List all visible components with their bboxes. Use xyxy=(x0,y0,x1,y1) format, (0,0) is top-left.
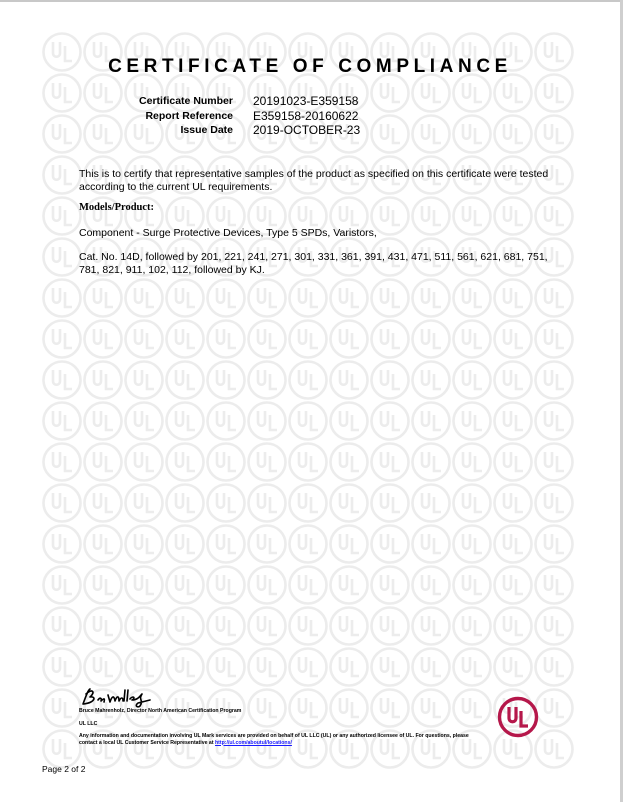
signer-name: Bruce Mahrenholz, Director North America… xyxy=(79,708,241,715)
disclaimer: Any information and documentation involv… xyxy=(79,733,479,746)
meta-row-certificate-number: Certificate Number 20191023-E359158 xyxy=(100,94,360,109)
company-name: UL LLC xyxy=(79,721,97,728)
certificate-title: CERTIFICATE OF COMPLIANCE xyxy=(0,56,620,78)
page-number: Page 2 of 2 xyxy=(42,764,85,774)
certificate-number-value: 20191023-E359158 xyxy=(253,94,358,108)
signature-image xyxy=(80,686,160,708)
certificate-number-label: Certificate Number xyxy=(100,95,233,107)
ul-logo-icon xyxy=(497,696,539,738)
issue-date-value: 2019-OCTOBER-23 xyxy=(253,123,360,137)
report-reference-label: Report Reference xyxy=(100,110,233,122)
models-heading: Models/Product: xyxy=(79,202,154,213)
issue-date-label: Issue Date xyxy=(100,124,233,136)
meta-row-report-reference: Report Reference E359158-20160622 xyxy=(100,109,360,124)
catalog-numbers: Cat. No. 14D, followed by 201, 221, 241,… xyxy=(79,251,549,276)
certificate-meta: Certificate Number 20191023-E359158 Repo… xyxy=(100,94,360,138)
meta-row-issue-date: Issue Date 2019-OCTOBER-23 xyxy=(100,123,360,138)
report-reference-value: E359158-20160622 xyxy=(253,109,358,123)
locations-link[interactable]: http://ul.com/aboutul/locations/ xyxy=(215,740,292,746)
certification-statement: This is to certify that representative s… xyxy=(79,168,549,193)
product-description: Component - Surge Protective Devices, Ty… xyxy=(79,227,549,240)
certificate-page: CERTIFICATE OF COMPLIANCE Certificate Nu… xyxy=(0,2,620,802)
